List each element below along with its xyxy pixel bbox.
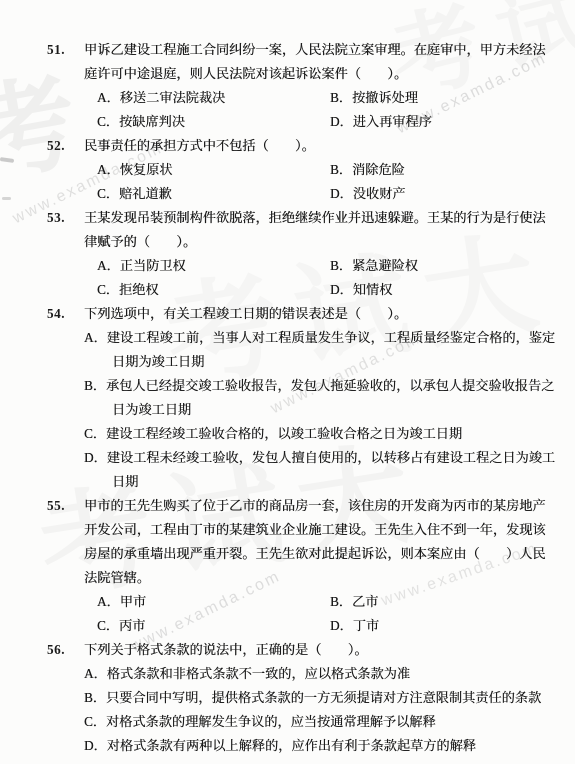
- question-number: 56.: [47, 638, 65, 662]
- option-text: 建设工程竣工前，当事人对工程质量发生争议，工程质量经鉴定合格的，鉴定日期为竣工日…: [107, 330, 555, 369]
- option-label: A．: [84, 330, 107, 345]
- question-55: 55. 甲市的王先生购买了位于乙市的商品房一套，该住房的开发商为丙市的某房地产开…: [0, 494, 575, 638]
- question-53: 53. 王某发现吊装预制构件欲脱落，拒绝继续作业并迅速躲避。王某的行为是行使法律…: [0, 206, 575, 302]
- option-label: A．: [97, 162, 120, 177]
- option-d: D．知情权: [330, 278, 558, 302]
- option-text: 没收财产: [353, 186, 406, 201]
- option-text: 进入再审程序: [353, 114, 432, 129]
- option-text: 承包人已经提交竣工验收报告，发包人拖延验收的，以承包人提交验收报告之日为竣工日期: [106, 378, 554, 417]
- option-label: B．: [84, 690, 106, 705]
- option-text: 按缺席判决: [119, 114, 185, 129]
- option-b: B．乙市: [330, 590, 558, 614]
- option-label: C．: [97, 186, 119, 201]
- option-a: A．正当防卫权: [84, 254, 330, 278]
- options: A．移送二审法院裁决 B．按撤诉处理 C．按缺席判决 D．进入再审程序: [84, 86, 558, 134]
- option-text: 丁市: [353, 618, 379, 633]
- option-c: C．建设工程经竣工验收合格的，以竣工验收合格之日为竣工日期: [84, 422, 558, 446]
- question-stem: 王某发现吊装预制构件欲脱落，拒绝继续作业并迅速躲避。王某的行为是行使法律赋予的（…: [84, 206, 558, 254]
- scanned-exam-page: www.examda.com www.examda.com www.examda…: [0, 0, 575, 764]
- option-text: 只要合同中写明，提供格式条款的一方无须提请对方注意限制其责任的条款: [106, 690, 541, 705]
- question-number: 52.: [47, 134, 65, 158]
- option-d: D．建设工程未经竣工验收，发包人擅自使用的，以转移占有建设工程之日为竣工日期: [84, 446, 558, 494]
- option-text: 对格式条款有两种以上解释的，应作出有利于条款起草方的解释: [107, 738, 476, 753]
- option-label: A．: [97, 90, 120, 105]
- option-b: B．消除危险: [330, 158, 558, 182]
- option-a: A．恢复原状: [84, 158, 330, 182]
- options: A．甲市 B．乙市 C．丙市 D．丁市: [84, 590, 558, 638]
- option-label: A．: [97, 258, 120, 273]
- option-d: D．丁市: [330, 614, 558, 638]
- question-number: 51.: [47, 38, 65, 62]
- question-number: 55.: [47, 494, 65, 518]
- option-d: D．没收财产: [330, 182, 558, 206]
- option-text: 甲市: [120, 594, 146, 609]
- option-c: C．按缺席判决: [84, 110, 330, 134]
- option-c: C．对格式条款的理解发生争议的，应当按通常理解予以解释: [84, 710, 558, 734]
- question-number: 54.: [47, 302, 65, 326]
- option-label: B．: [330, 162, 352, 177]
- option-label: B．: [330, 258, 352, 273]
- option-text: 恢复原状: [120, 162, 173, 177]
- option-text: 按撤诉处理: [352, 90, 418, 105]
- option-label: D．: [84, 738, 107, 753]
- question-52: 52. 民事责任的承担方式中不包括（ ）。 A．恢复原状 B．消除危险 C．赔礼…: [0, 134, 575, 206]
- option-text: 建设工程经竣工验收合格的，以竣工验收合格之日为竣工日期: [106, 426, 462, 441]
- question-stem: 民事责任的承担方式中不包括（ ）。: [84, 134, 558, 158]
- option-label: D．: [330, 114, 353, 129]
- option-label: D．: [330, 618, 353, 633]
- option-b: B．按撤诉处理: [330, 86, 558, 110]
- option-text: 乙市: [352, 594, 378, 609]
- option-label: B．: [330, 594, 352, 609]
- option-label: D．: [84, 450, 107, 465]
- question-51: 51. 甲诉乙建设工程施工合同纠纷一案，人民法院立案审理。在庭审中，甲方未经法庭…: [0, 38, 575, 134]
- option-b: B．承包人已经提交竣工验收报告，发包人拖延验收的，以承包人提交验收报告之日为竣工…: [84, 374, 558, 422]
- options: A．格式条款和非格式条款不一致的，应以格式条款为准 B．只要合同中写明，提供格式…: [84, 662, 558, 758]
- question-stem: 甲市的王先生购买了位于乙市的商品房一套，该住房的开发商为丙市的某房地产开发公司，…: [84, 494, 558, 590]
- option-b: B．紧急避险权: [330, 254, 558, 278]
- options: A．建设工程竣工前，当事人对工程质量发生争议，工程质量经鉴定合格的，鉴定日期为竣…: [84, 326, 558, 494]
- option-a: A．移送二审法院裁决: [84, 86, 330, 110]
- question-stem: 下列关于格式条款的说法中，正确的是（ ）。: [84, 638, 558, 662]
- option-a: A．建设工程竣工前，当事人对工程质量发生争议，工程质量经鉴定合格的，鉴定日期为竣…: [84, 326, 558, 374]
- option-c: C．赔礼道歉: [84, 182, 330, 206]
- option-c: C．丙市: [84, 614, 330, 638]
- option-label: C．: [97, 114, 119, 129]
- option-text: 格式条款和非格式条款不一致的，应以格式条款为准: [107, 666, 410, 681]
- question-56: 56. 下列关于格式条款的说法中，正确的是（ ）。 A．格式条款和非格式条款不一…: [0, 638, 575, 758]
- option-b: B．只要合同中写明，提供格式条款的一方无须提请对方注意限制其责任的条款: [84, 686, 558, 710]
- option-label: D．: [330, 282, 353, 297]
- option-label: C．: [84, 426, 106, 441]
- options: A．正当防卫权 B．紧急避险权 C．拒绝权 D．知情权: [84, 254, 558, 302]
- option-c: C．拒绝权: [84, 278, 330, 302]
- option-label: C．: [97, 618, 119, 633]
- option-text: 知情权: [353, 282, 393, 297]
- option-text: 建设工程未经竣工验收，发包人擅自使用的，以转移占有建设工程之日为竣工日期: [107, 450, 555, 489]
- option-d: D．进入再审程序: [330, 110, 558, 134]
- option-label: C．: [97, 282, 119, 297]
- option-label: D．: [330, 186, 353, 201]
- option-label: B．: [330, 90, 352, 105]
- question-list: 51. 甲诉乙建设工程施工合同纠纷一案，人民法院立案审理。在庭审中，甲方未经法庭…: [0, 38, 575, 758]
- option-d: D．对格式条款有两种以上解释的，应作出有利于条款起草方的解释: [84, 734, 558, 758]
- option-label: A．: [97, 594, 120, 609]
- option-label: B．: [84, 378, 106, 393]
- option-text: 对格式条款的理解发生争议的，应当按通常理解予以解释: [106, 714, 436, 729]
- question-54: 54. 下列选项中，有关工程竣工日期的错误表述是（ ）。 A．建设工程竣工前，当…: [0, 302, 575, 494]
- question-number: 53.: [47, 206, 65, 230]
- option-text: 赔礼道歉: [119, 186, 172, 201]
- option-label: A．: [84, 666, 107, 681]
- option-text: 丙市: [119, 618, 145, 633]
- options: A．恢复原状 B．消除危险 C．赔礼道歉 D．没收财产: [84, 158, 558, 206]
- option-a: A．甲市: [84, 590, 330, 614]
- option-text: 紧急避险权: [352, 258, 418, 273]
- option-text: 拒绝权: [119, 282, 159, 297]
- option-text: 消除危险: [352, 162, 405, 177]
- option-label: C．: [84, 714, 106, 729]
- option-text: 正当防卫权: [120, 258, 186, 273]
- option-text: 移送二审法院裁决: [120, 90, 226, 105]
- question-stem: 甲诉乙建设工程施工合同纠纷一案，人民法院立案审理。在庭审中，甲方未经法庭许可中途…: [84, 38, 558, 86]
- option-a: A．格式条款和非格式条款不一致的，应以格式条款为准: [84, 662, 558, 686]
- question-stem: 下列选项中，有关工程竣工日期的错误表述是（ ）。: [84, 302, 558, 326]
